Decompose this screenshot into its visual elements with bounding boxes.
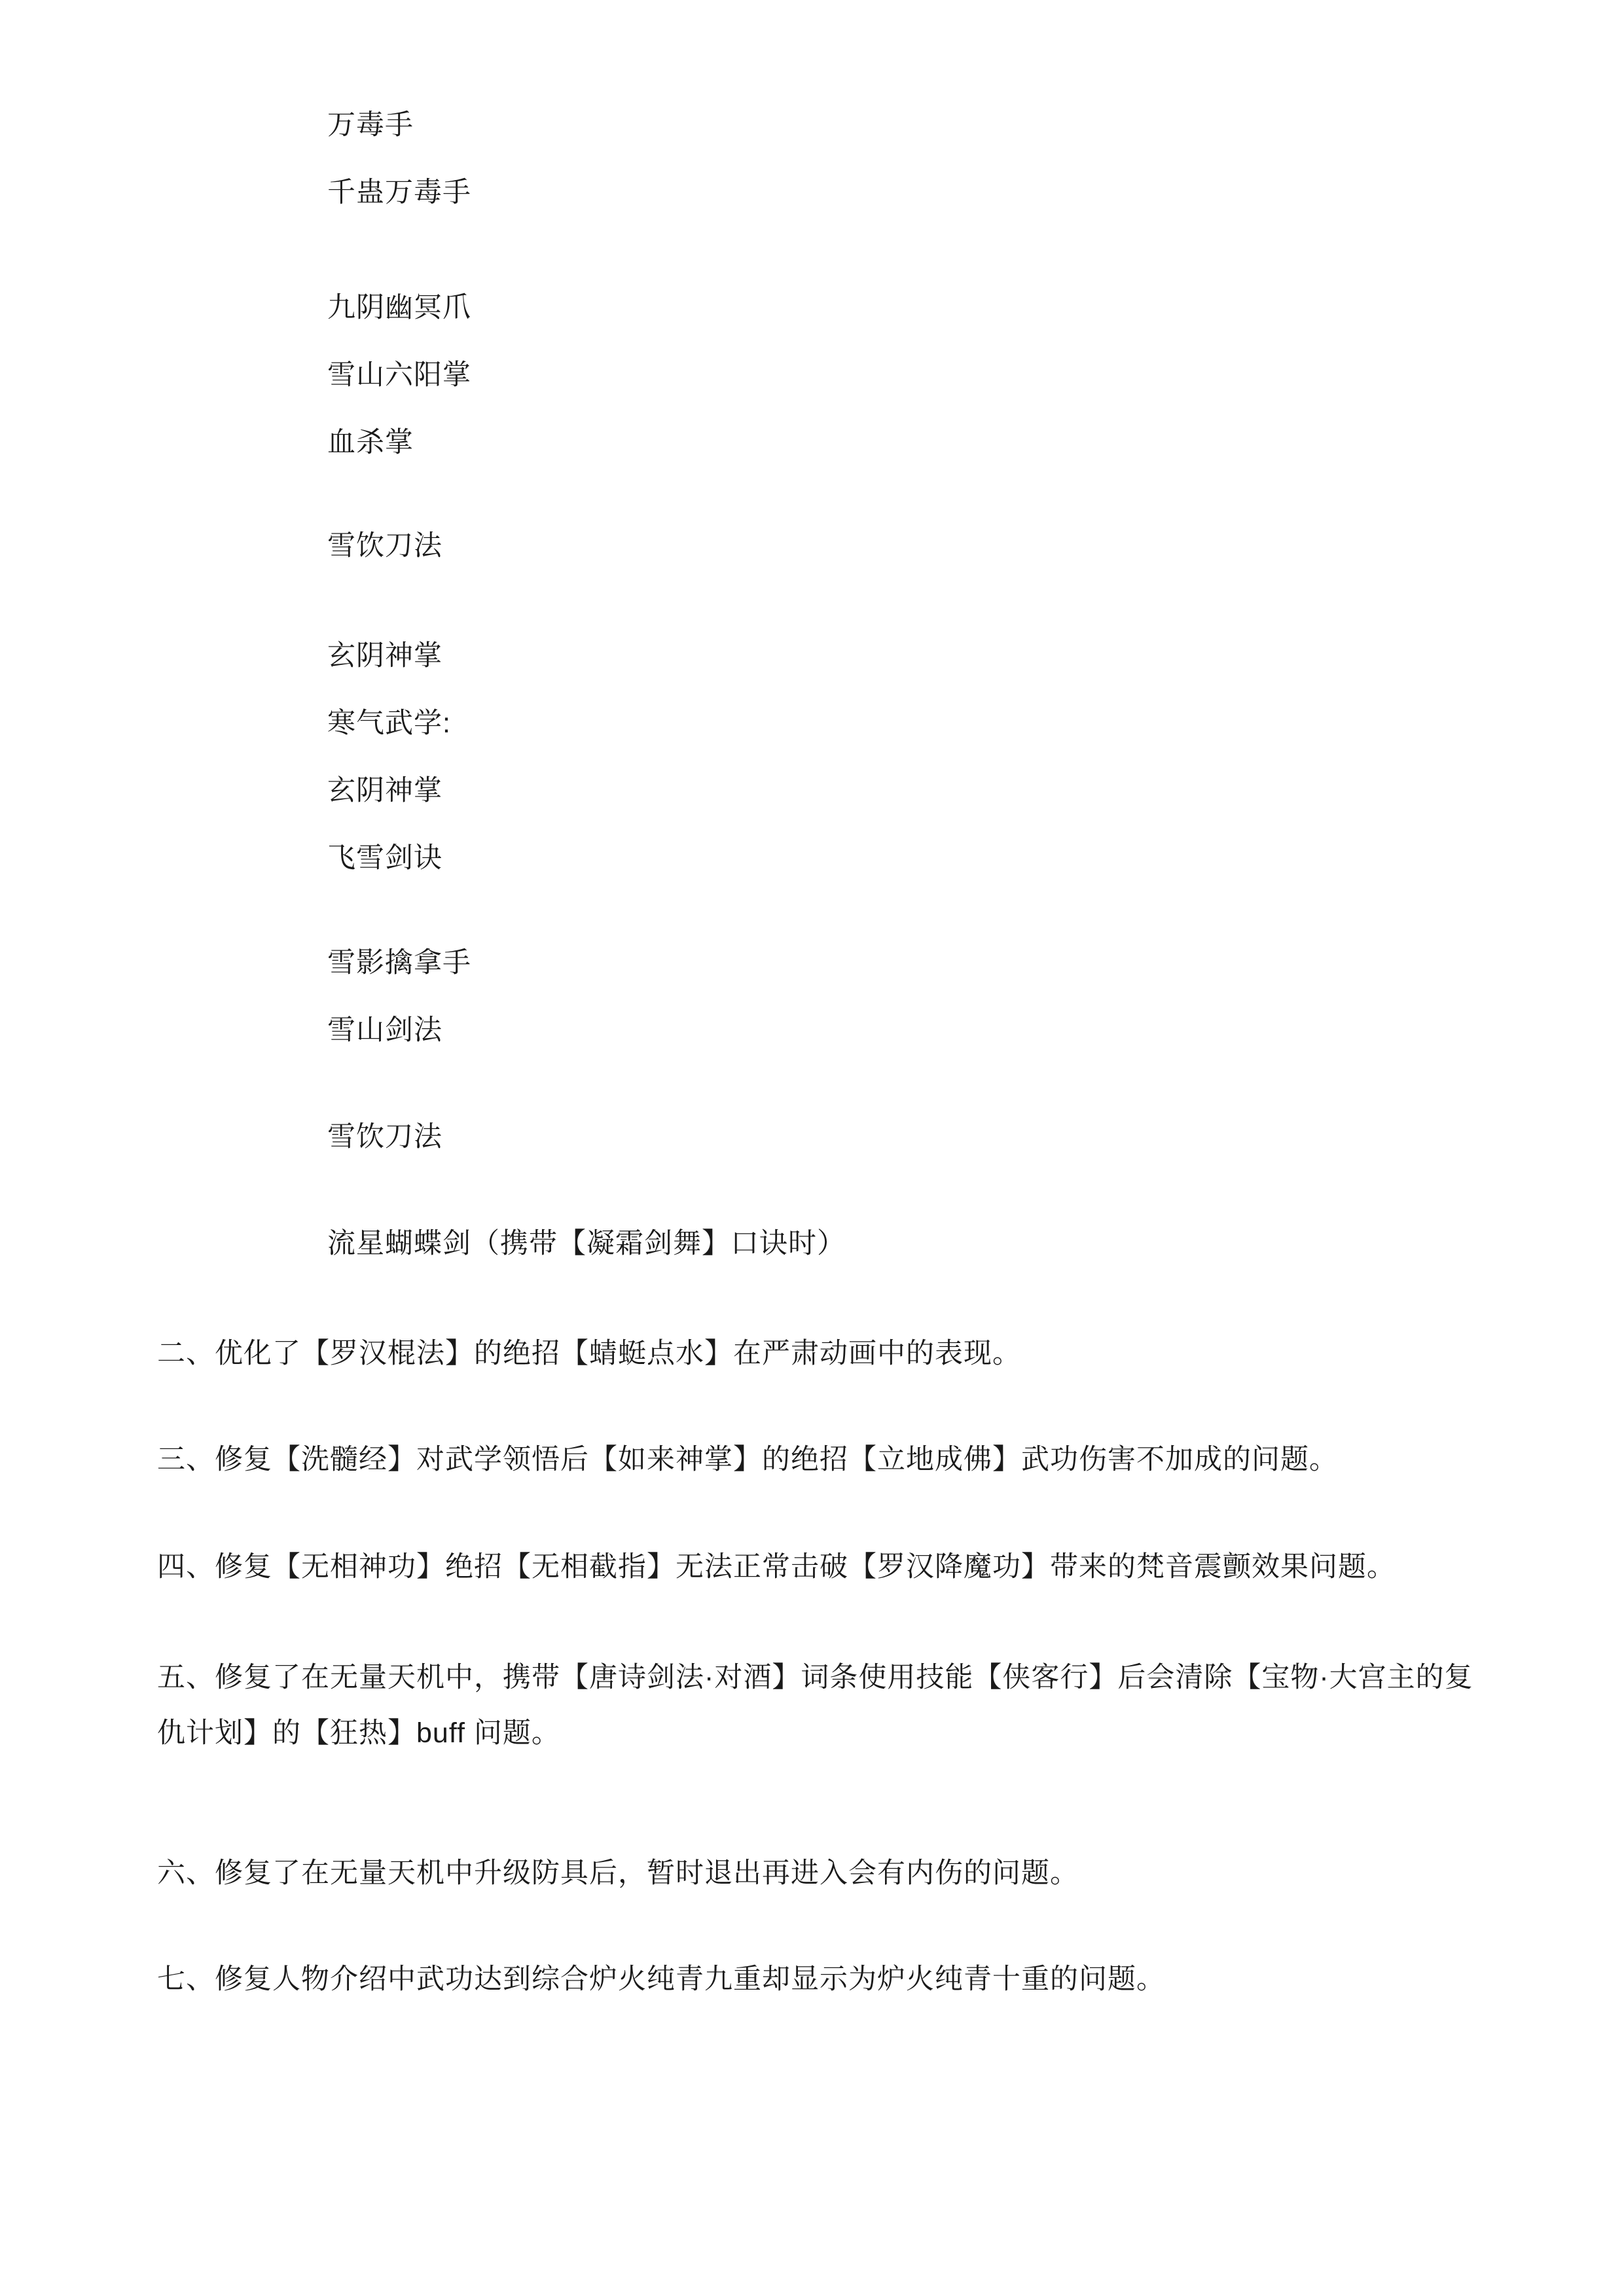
skill-list-item: 玄阴神掌 bbox=[327, 641, 1624, 671]
patch-note-item-4: 四、修复【无相神功】绝招【无相截指】无法正常击破【罗汉降魔功】带来的梵音震颤效果… bbox=[157, 1539, 1493, 1595]
skill-list-item: 九阴幽冥爪 bbox=[327, 293, 1624, 323]
document-page: 万毒手 千蛊万毒手 九阴幽冥爪 雪山六阳掌 血杀掌 雪饮刀法 玄阴神掌 寒气武学… bbox=[0, 0, 1624, 2296]
skill-list-item: 雪饮刀法 bbox=[327, 531, 1624, 561]
skill-list-item: 血杀掌 bbox=[327, 428, 1624, 457]
patch-note-item-2: 二、优化了【罗汉棍法】的绝招【蜻蜓点水】在严肃动画中的表现。 bbox=[157, 1326, 1493, 1382]
patch-note-item-7: 七、修复人物介绍中武功达到综合炉火纯青九重却显示为炉火纯青十重的问题。 bbox=[157, 1952, 1493, 2007]
skill-list-item: 雪影擒拿手 bbox=[327, 948, 1624, 978]
skill-list-item: 飞雪剑诀 bbox=[327, 844, 1624, 873]
patch-note-item-6: 六、修复了在无量天机中升级防具后，暂时退出再进入会有内伤的问题。 bbox=[157, 1846, 1493, 1901]
skill-list-item: 雪山六阳掌 bbox=[327, 361, 1624, 390]
skill-list-item: 雪山剑法 bbox=[327, 1016, 1624, 1045]
skill-list-item: 雪饮刀法 bbox=[327, 1122, 1624, 1152]
skill-list-item: 玄阴神掌 bbox=[327, 776, 1624, 806]
skill-list-category-label: 寒气武学: bbox=[327, 709, 1624, 738]
skill-list-item: 千蛊万毒手 bbox=[327, 178, 1624, 207]
patch-note-item-5: 五、修复了在无量天机中，携带【唐诗剑法·对酒】词条使用技能【侠客行】后会清除【宝… bbox=[157, 1650, 1493, 1761]
patch-note-item-3: 三、修复【洗髓经】对武学领悟后【如来神掌】的绝招【立地成佛】武功伤害不加成的问题… bbox=[157, 1432, 1493, 1488]
skill-list-item: 万毒手 bbox=[327, 111, 1624, 140]
skill-list-item: 流星蝴蝶剑（携带【凝霜剑舞】口诀时） bbox=[327, 1229, 1624, 1259]
